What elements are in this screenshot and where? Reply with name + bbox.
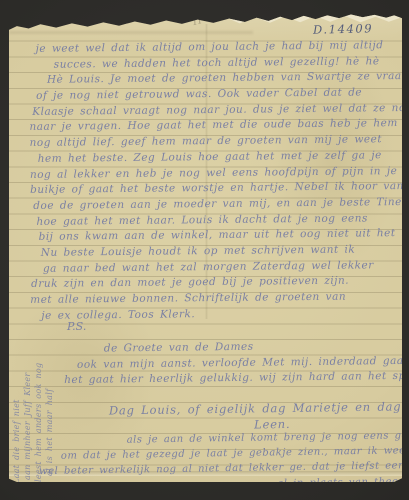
margin-note-line: aan mijnheer Juff Kleer bbox=[22, 316, 33, 480]
torn-edge-highlight-left bbox=[33, 14, 214, 22]
margin-note-vertical: Laat die brief nietaan mijnheer Juff Kle… bbox=[11, 316, 55, 484]
torn-edge-highlight bbox=[213, 14, 402, 25]
postscript-marker: P.S. bbox=[67, 320, 86, 333]
scan-background: { "colors": { "background": "#2b2a27", "… bbox=[0, 0, 409, 500]
handwritten-line: het gaat hier heerlijk gelukkig. wij zij… bbox=[64, 369, 409, 389]
archive-number: D.14409 bbox=[313, 21, 374, 37]
letter-page: II D.14409 je weet wel dat ik altijd om … bbox=[9, 14, 402, 482]
margin-note-line: al is het maar half bbox=[44, 316, 55, 476]
margin-note-line: Laat die brief niet bbox=[11, 316, 22, 484]
handwritten-line: je ex collega. Toos Klerk. bbox=[41, 305, 399, 324]
final-postscript-block: als je aan de winkel komt breng je nog e… bbox=[29, 428, 409, 495]
handwritten-line: al in plaats van thee. bbox=[277, 473, 409, 491]
top-fold-crease bbox=[9, 31, 253, 34]
page-number-mark: II bbox=[192, 15, 204, 28]
margin-note-line: leest hem anders ook nog bbox=[33, 316, 44, 482]
postscript-block: de Groete van de Damesook van mijn aanst… bbox=[29, 338, 409, 390]
letter-body: je weet wel dat ik altijd om jou lach je… bbox=[28, 38, 400, 324]
